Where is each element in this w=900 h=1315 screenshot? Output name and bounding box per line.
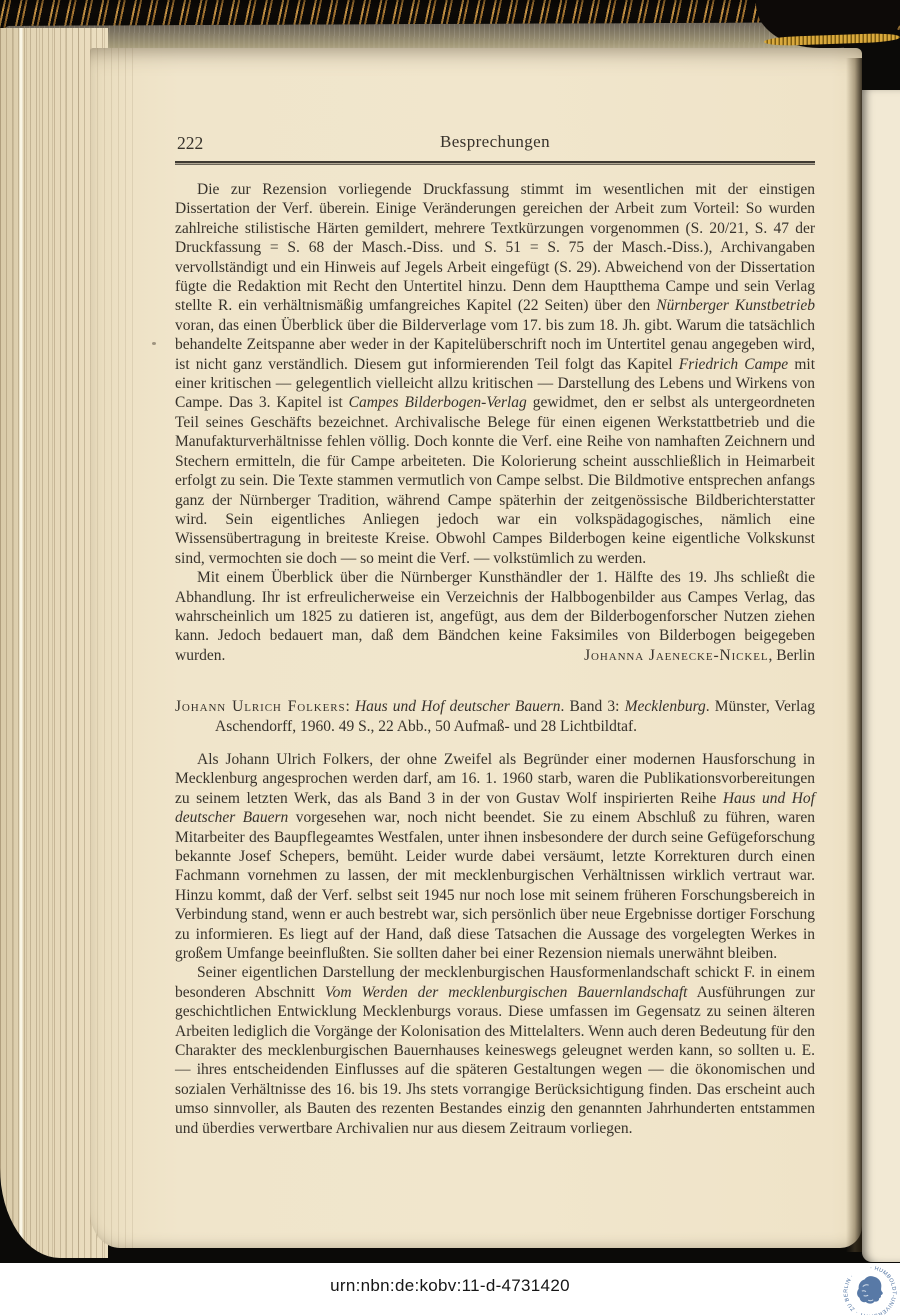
running-header: 222 Besprechungen [175,132,815,154]
book-scan: { "document": { "page_number": "222", "r… [0,0,900,1315]
urn-label: urn:nbn:de:kobv:11-d-4731420 [0,1276,900,1296]
humboldt-profile-head [857,1276,883,1303]
review-folkers-paragraph-2: Seiner eigentlichen Darstellung der meck… [175,963,815,1138]
bookmark-ribbon [756,0,900,48]
book-page: 222 Besprechungen Die zur Rezension vorl… [90,48,862,1248]
scan-footer: urn:nbn:de:kobv:11-d-4731420 · HUMBOLDT-… [0,1263,900,1315]
review-campe-paragraph-1: Die zur Rezension vorliegende Druckfassu… [175,180,815,568]
review-folkers-paragraph-1: Als Johann Ulrich Folkers, der ohne Zwei… [175,750,815,963]
folkers-bibliographic-reference: Johann Ulrich Folkers: Haus und Hof deut… [175,697,815,736]
page-number: 222 [177,133,203,154]
body-text: Die zur Rezension vorliegende Druckfassu… [175,180,815,1138]
page-content: 222 Besprechungen Die zur Rezension vorl… [175,132,815,1138]
reviewer-signature: Johanna Jaenecke-Nickel, Berlin [584,646,815,665]
review-campe-paragraph-2: Mit einem Überblick über die Nürnberger … [175,568,815,665]
humboldt-university-seal-icon: · HUMBOLDT-UNIVERSITÄT · ZU BERLIN · [841,1263,899,1315]
header-rule [175,161,815,165]
running-head-title: Besprechungen [175,132,815,152]
facing-page-edge [862,90,900,1262]
reviewer-place: , Berlin [769,647,816,664]
reviewer-name: Johanna Jaenecke-Nickel [584,647,768,664]
book-gutter [846,58,862,1252]
scan-speck [152,342,156,345]
